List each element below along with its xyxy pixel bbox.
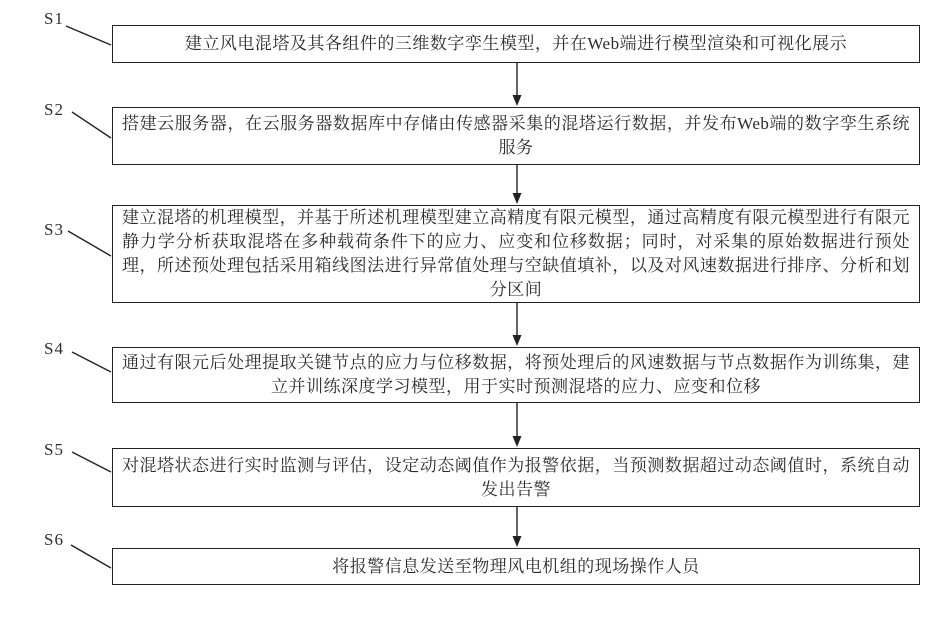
flowchart-figure: S1 S2 S3 S4 S5 S6 建立风电混塔及其各组件的三维数字孪生模型，并… — [0, 0, 934, 630]
step-text-s5: 对混塔状态进行实时监测与评估，设定动态阈值作为报警依据，当预测数据超过动态阈值时… — [122, 454, 910, 502]
step-label-s3: S3 — [44, 220, 64, 240]
arrow-down-icon — [513, 536, 522, 547]
label-connector-s2 — [72, 112, 111, 138]
step-text-s4: 通过有限元后处理提取关键节点的应力与位移数据，将预处理后的风速数据与节点数据作为… — [122, 351, 910, 399]
label-connector-s4 — [72, 352, 111, 372]
arrow-down-icon — [513, 335, 522, 346]
step-box-s2: 搭建云服务器，在云服务器数据库中存储由传感器采集的混塔运行数据，并发布Web端的… — [112, 107, 920, 165]
step-label-s6: S6 — [44, 530, 64, 550]
step-text-s6: 将报警信息发送至物理风电机组的现场操作人员 — [122, 555, 910, 579]
step-text-s2: 搭建云服务器，在云服务器数据库中存储由传感器采集的混塔运行数据，并发布Web端的… — [122, 112, 910, 160]
step-box-s1: 建立风电混塔及其各组件的三维数字孪生模型，并在Web端进行模型渲染和可视化展示 — [112, 25, 920, 63]
step-text-s3: 建立混塔的机理模型，并基于所述机理模型建立高精度有限元模型，通过高精度有限元模型… — [122, 206, 910, 302]
label-connector-lines — [66, 26, 111, 568]
step-box-s5: 对混塔状态进行实时监测与评估，设定动态阈值作为报警依据，当预测数据超过动态阈值时… — [112, 448, 920, 507]
step-label-s4: S4 — [44, 339, 64, 359]
connector-lines — [0, 0, 934, 630]
label-connector-s5 — [72, 452, 111, 472]
step-text-s1: 建立风电混塔及其各组件的三维数字孪生模型，并在Web端进行模型渲染和可视化展示 — [122, 32, 910, 56]
step-label-s1: S1 — [44, 9, 64, 29]
arrow-down-icon — [513, 436, 522, 447]
label-connector-s6 — [71, 545, 111, 568]
step-box-s6: 将报警信息发送至物理风电机组的现场操作人员 — [112, 548, 920, 585]
step-label-s2: S2 — [44, 100, 64, 120]
step-label-s5: S5 — [44, 440, 64, 460]
arrow-down-icon — [513, 95, 522, 106]
label-connector-s3 — [68, 231, 111, 256]
step-box-s4: 通过有限元后处理提取关键节点的应力与位移数据，将预处理后的风速数据与节点数据作为… — [112, 347, 920, 403]
label-connector-s1 — [66, 26, 111, 45]
arrow-down-icon — [513, 193, 522, 204]
step-box-s3: 建立混塔的机理模型，并基于所述机理模型建立高精度有限元模型，通过高精度有限元模型… — [112, 205, 920, 303]
